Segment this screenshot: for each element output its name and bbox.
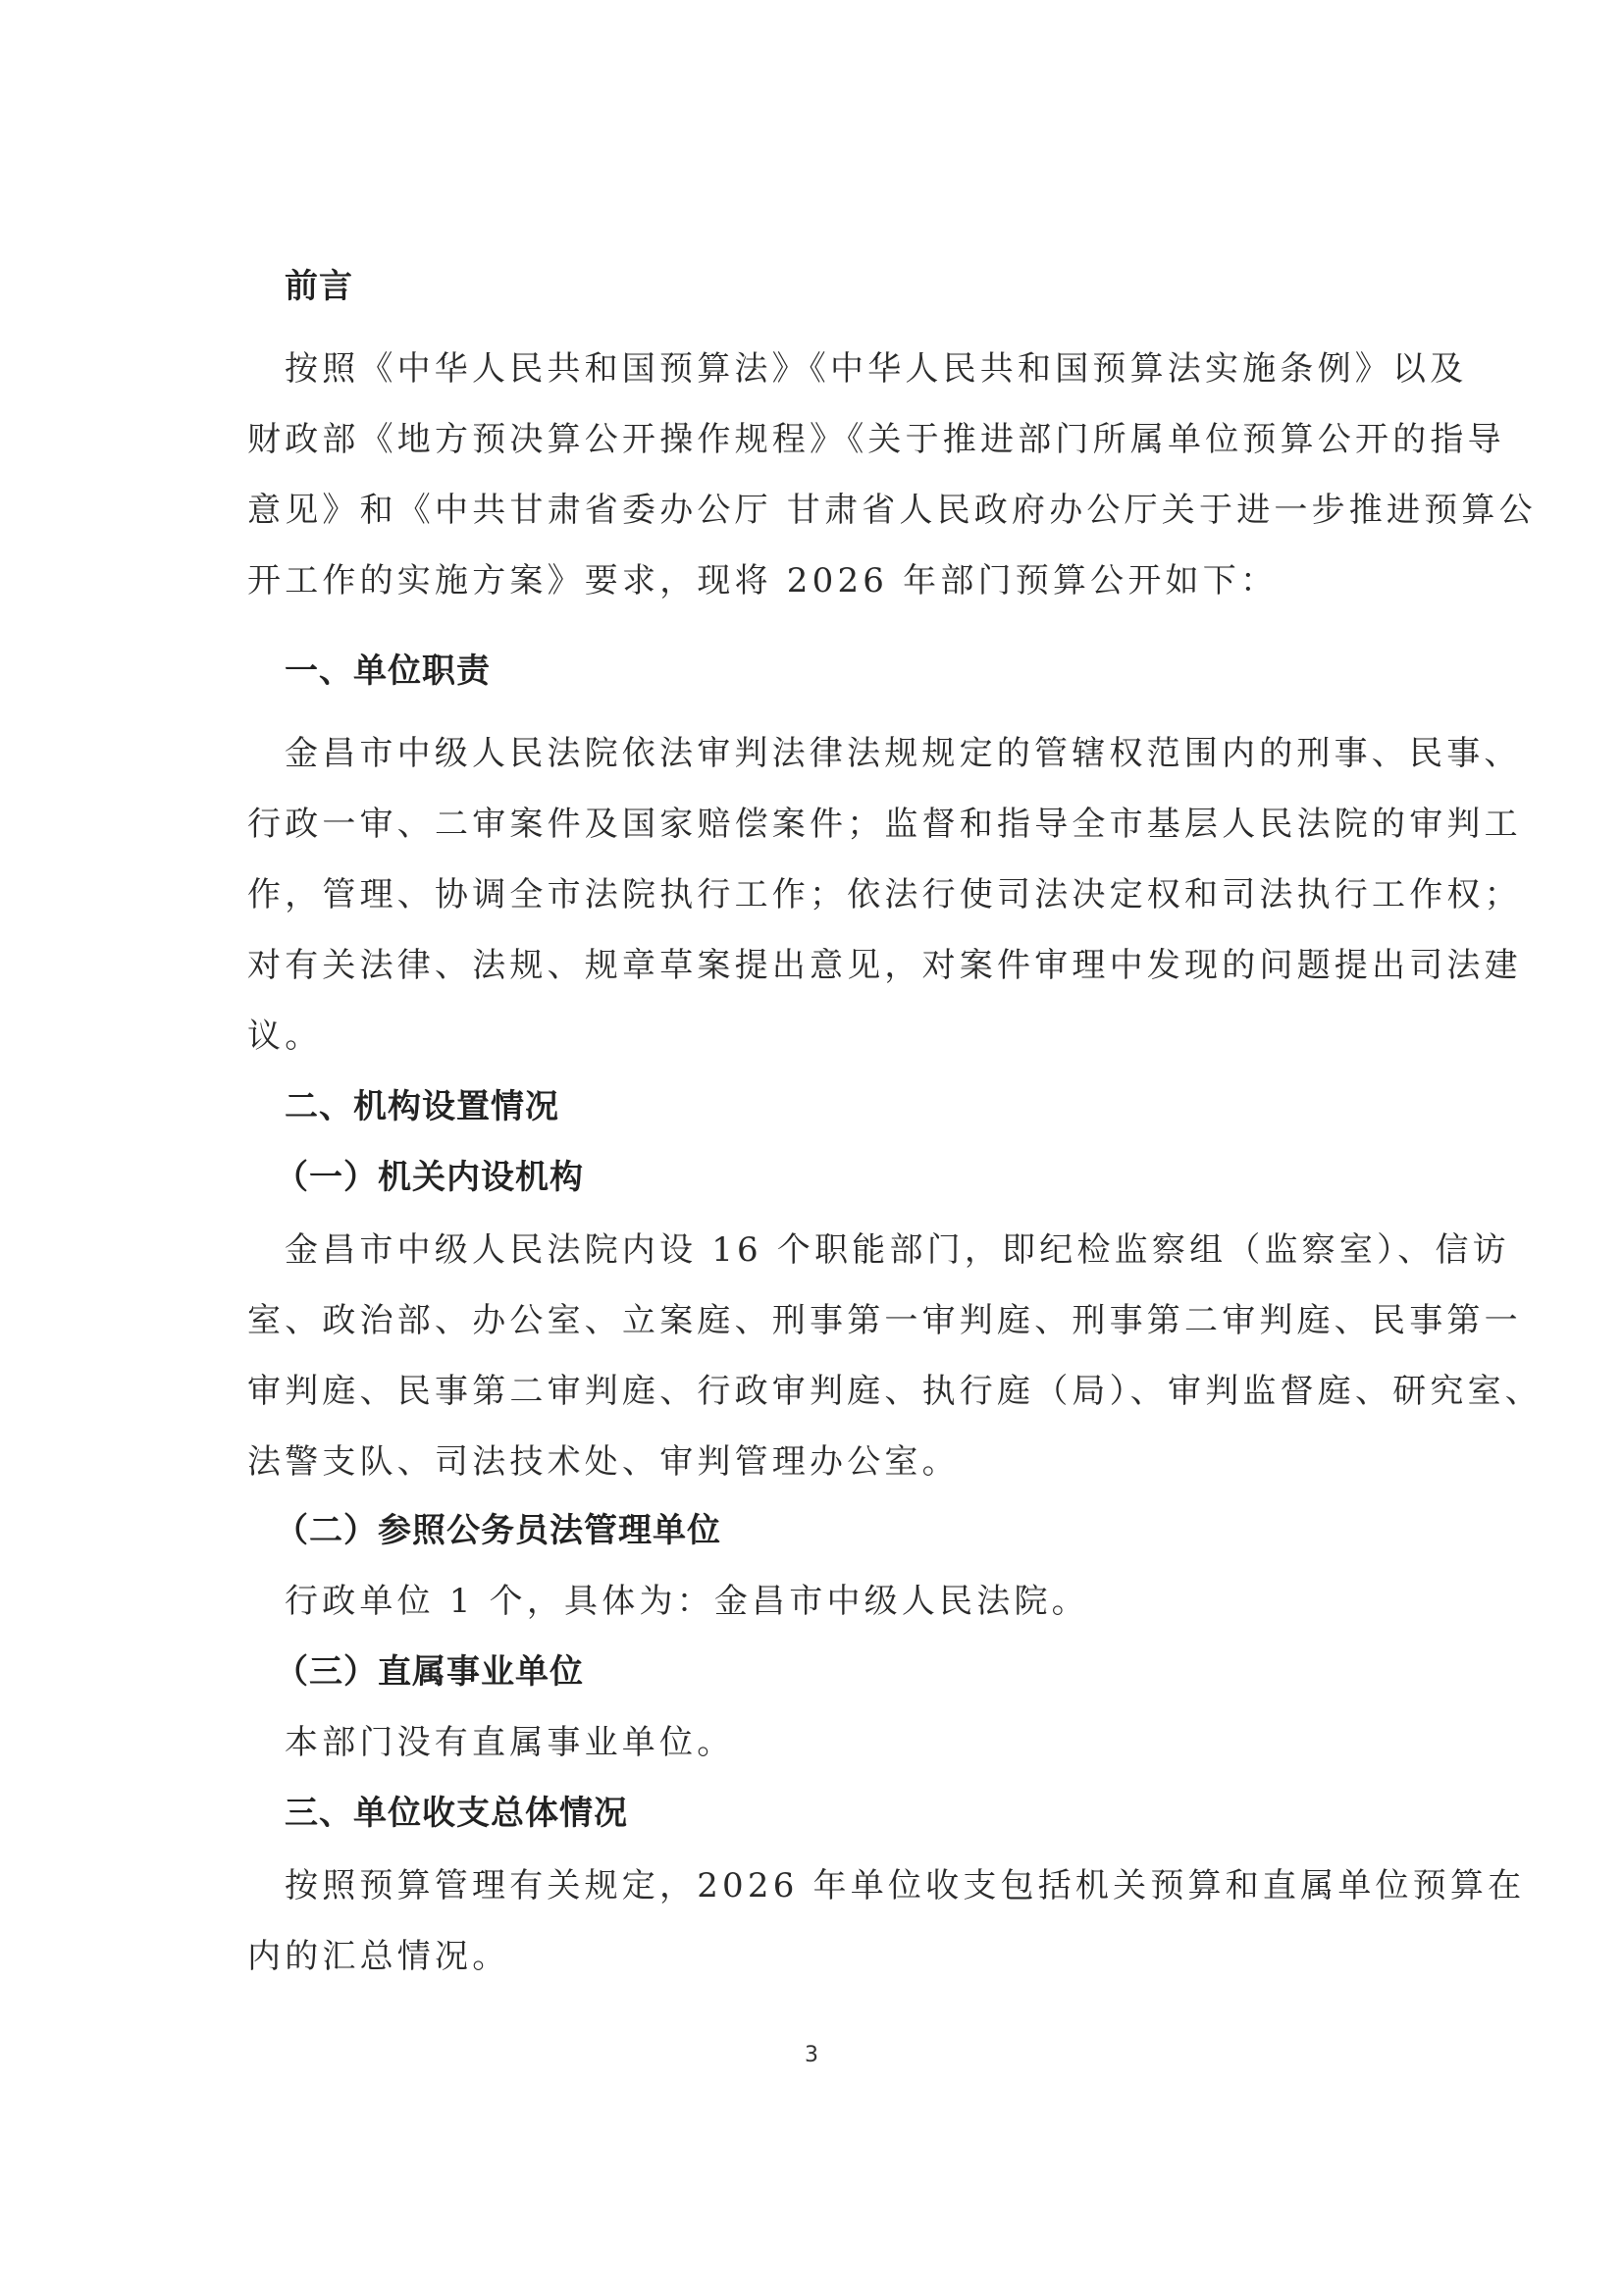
section1-paragraph-line: 议。: [247, 1017, 322, 1056]
subsection-heading-internal-institutions: （一）机关内设机构: [275, 1158, 584, 1197]
document-page: 前言 按照《中华人民共和国预算法》《中华人民共和国预算法实施条例》以及 财政部《…: [0, 0, 1623, 2296]
section1-paragraph-line: 金昌市中级人民法院依法审判法律法规规定的管辖权范围内的刑事、民事、: [285, 734, 1522, 773]
section3-paragraph-line: 按照预算管理有关规定，2026 年单位收支包括机关预算和直属单位预算在: [285, 1866, 1525, 1905]
page-number: 3: [805, 2043, 818, 2067]
section-heading-income-expenditure: 三、单位收支总体情况: [285, 1794, 628, 1833]
preface-title: 前言: [285, 267, 353, 306]
subsection1-paragraph-line: 法警支队、司法技术处、审判管理办公室。: [247, 1442, 960, 1482]
preface-paragraph-line: 意见》和《中共甘肃省委办公厅 甘肃省人民政府办公厅关于进一步推进预算公: [247, 491, 1537, 530]
section3-paragraph-line: 内的汇总情况。: [247, 1937, 509, 1976]
section-heading-unit-duties: 一、单位职责: [285, 652, 491, 691]
subsection1-paragraph-line: 审判庭、民事第二审判庭、行政审判庭、执行庭（局）、审判监督庭、研究室、: [247, 1372, 1543, 1411]
section1-paragraph-line: 作，管理、协调全市法院执行工作；依法行使司法决定权和司法执行工作权；: [247, 875, 1522, 914]
preface-paragraph-line: 按照《中华人民共和国预算法》《中华人民共和国预算法实施条例》以及: [285, 349, 1467, 389]
section1-paragraph-line: 行政一审、二审案件及国家赔偿案件；监督和指导全市基层人民法院的审判工: [247, 805, 1522, 844]
subsection1-paragraph-line: 金昌市中级人民法院内设 16 个职能部门，即纪检监察组（监察室）、信访: [285, 1230, 1510, 1270]
preface-paragraph-line: 开工作的实施方案》要求，现将 2026 年部门预算公开如下：: [247, 561, 1278, 600]
preface-paragraph-line: 财政部《地方预决算公开操作规程》《关于推进部门所属单位预算公开的指导: [247, 420, 1505, 459]
subsection2-paragraph-line: 行政单位 1 个，具体为：金昌市中级人民法院。: [285, 1582, 1089, 1621]
subsection1-paragraph-line: 室、政治部、办公室、立案庭、刑事第一审判庭、刑事第二审判庭、民事第一: [247, 1301, 1522, 1340]
section1-paragraph-line: 对有关法律、法规、规章草案提出意见，对案件审理中发现的问题提出司法建: [247, 946, 1522, 985]
subsection3-paragraph-line: 本部门没有直属事业单位。: [285, 1723, 734, 1762]
subsection-heading-affiliated-institutions: （三）直属事业单位: [275, 1652, 584, 1692]
subsection-heading-civil-service-units: （二）参照公务员法管理单位: [275, 1511, 721, 1550]
section-heading-organization: 二、机构设置情况: [285, 1087, 559, 1126]
